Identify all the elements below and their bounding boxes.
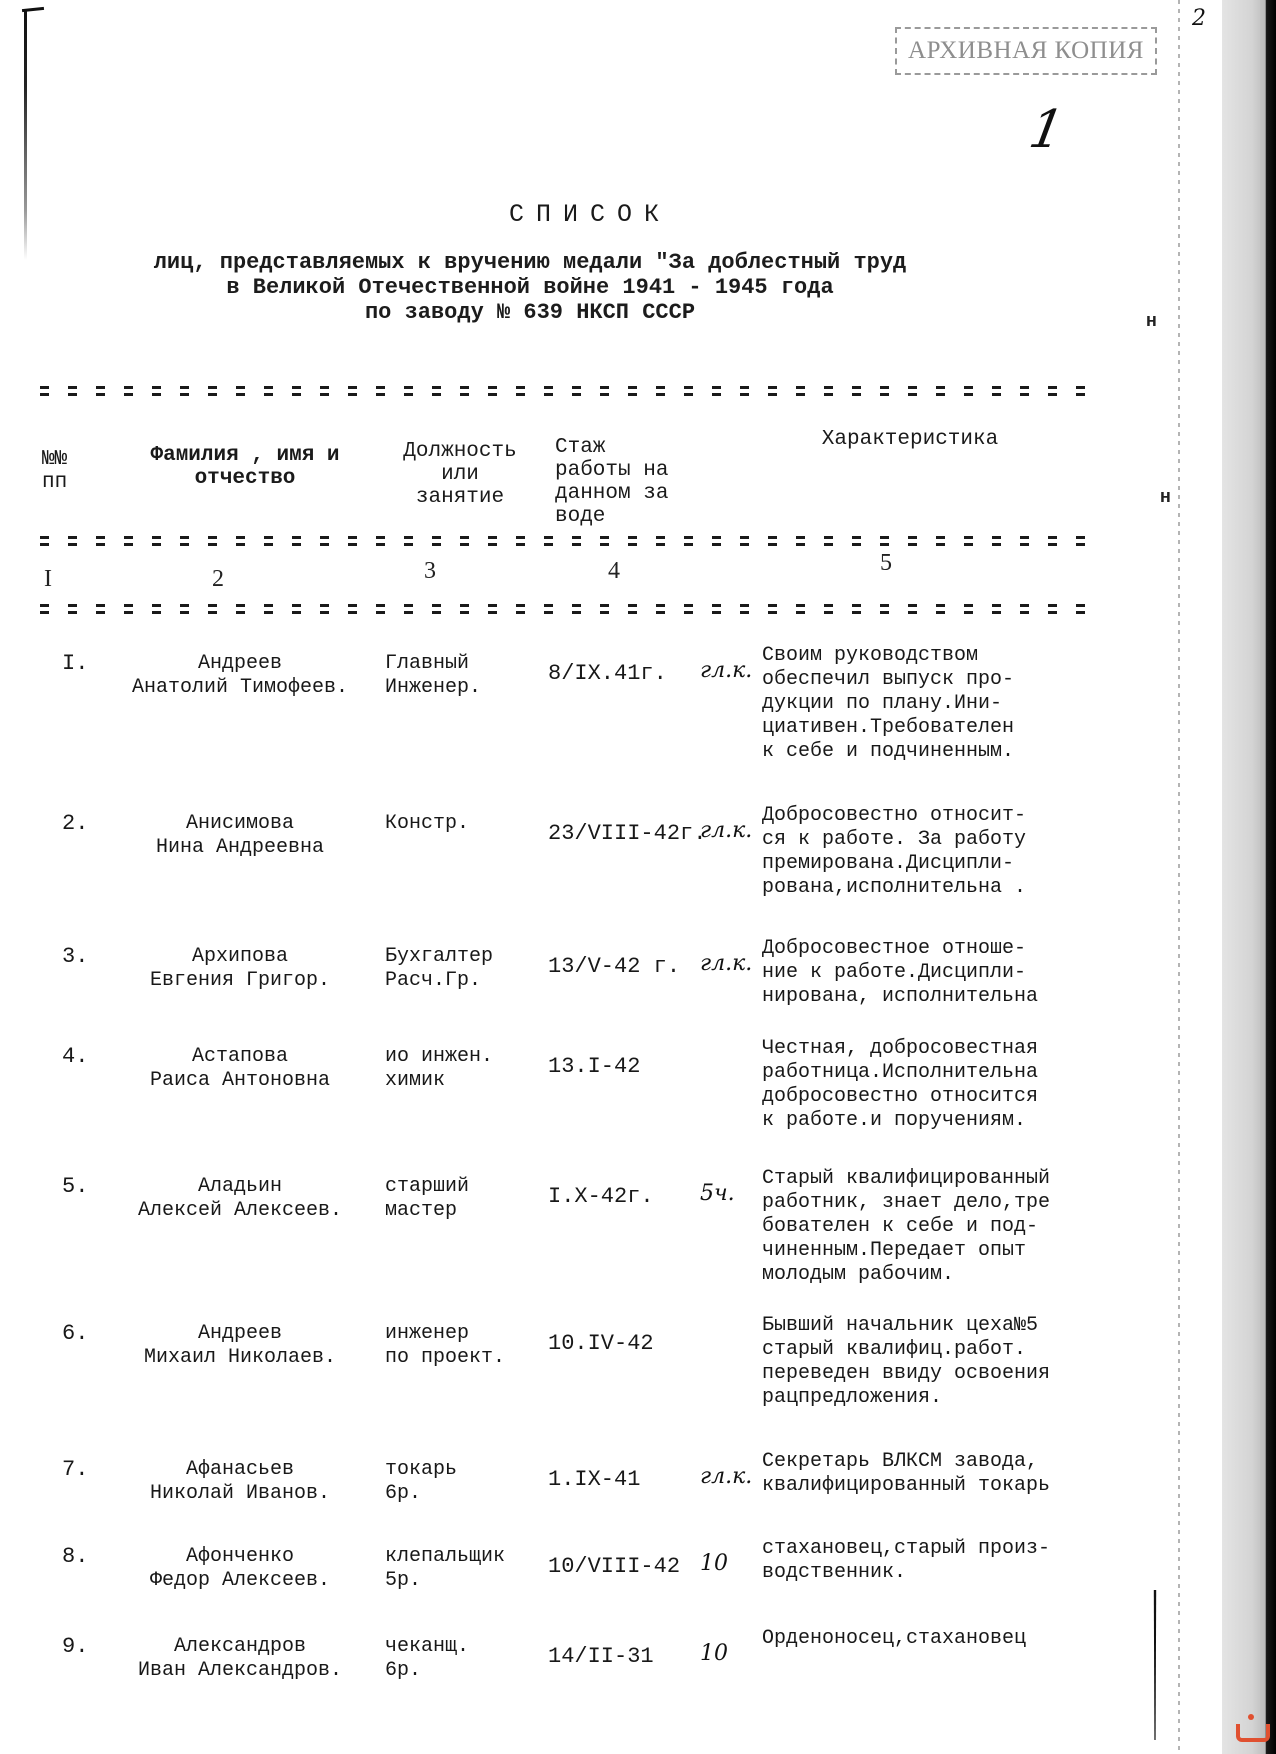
position: Главный Инженер. xyxy=(385,652,545,700)
position: Констр. xyxy=(385,812,545,836)
row-number: 7. xyxy=(62,1458,88,1482)
subtitle-line: в Великой Отечественной войне 1941 - 194… xyxy=(80,275,980,300)
watermark-logo-icon xyxy=(1236,1724,1270,1742)
header-position: Должность или занятие xyxy=(380,440,540,509)
person-name: Архипова Евгения Григор. xyxy=(110,945,370,993)
position: Бухгалтер Расч.Гр. xyxy=(385,945,545,993)
handwritten-note: гл.к. xyxy=(700,658,752,683)
row-number: 5. xyxy=(62,1175,88,1199)
person-name: Александров Иван Александров. xyxy=(110,1635,370,1683)
position: инженер по проект. xyxy=(385,1322,545,1370)
person-name: Аладьин Алексей Алексеев. xyxy=(110,1175,370,1223)
document-subtitle: лиц, представляемых к вручению медали "З… xyxy=(80,250,980,325)
tenure-date: 1.IX-41 xyxy=(548,1468,640,1492)
person-name: Андреев Анатолий Тимофеев. xyxy=(110,652,370,700)
tenure-date: 13/V-42 г. xyxy=(548,955,680,979)
handwritten-note: 5ч. xyxy=(700,1181,735,1206)
column-number: 4 xyxy=(608,558,620,585)
tenure-date: 8/IX.41г. xyxy=(548,662,667,686)
fold-line xyxy=(1178,0,1180,1754)
separator-line xyxy=(40,386,1100,398)
header-tenure: Стаж работы на данном за воде xyxy=(555,436,705,528)
row-number: 3. xyxy=(62,945,88,969)
handwritten-note: 10 xyxy=(700,1551,728,1576)
handwritten-page-mark: 1 xyxy=(1025,100,1069,160)
characteristic: Честная, добросовестная работница.Исполн… xyxy=(762,1037,1142,1133)
person-name: Анисимова Нина Андреевна xyxy=(110,812,370,860)
tenure-date: 14/II-31 xyxy=(548,1645,654,1669)
header-number: №№ пп xyxy=(42,448,72,494)
tenure-date: 10.IV-42 xyxy=(548,1332,654,1356)
column-number: I xyxy=(44,566,52,593)
archive-copy-stamp: АРХИВНАЯ КОПИЯ xyxy=(895,27,1157,75)
document-title: СПИСОК xyxy=(0,200,1180,229)
row-number: 2. xyxy=(62,812,88,836)
column-number: 5 xyxy=(880,550,892,577)
handwritten-note: 10 xyxy=(700,1641,728,1666)
tenure-date: 23/VIII-42г. xyxy=(548,822,706,846)
person-name: Афонченко Федор Алексеев. xyxy=(110,1545,370,1593)
position: ио инжен. химик xyxy=(385,1045,545,1093)
characteristic: Секретарь ВЛКСМ завода, квалифицированны… xyxy=(762,1450,1142,1498)
tenure-date: I.X-42г. xyxy=(548,1185,654,1209)
ink-mark xyxy=(1152,1590,1158,1740)
header-name: Фамилия , имя и отчество xyxy=(120,444,370,490)
characteristic: стахановец,старый произ- водственник. xyxy=(762,1537,1142,1585)
position: токарь 6р. xyxy=(385,1458,545,1506)
characteristic: Бывший начальник цеха№5 старый квалифиц.… xyxy=(762,1314,1142,1410)
tenure-date: 13.I-42 xyxy=(548,1055,640,1079)
handwritten-note: гл.к. xyxy=(700,1464,752,1489)
characteristic: Добросовестное отноше- ние к работе.Дисц… xyxy=(762,937,1142,1009)
position: клепальщик 5р. xyxy=(385,1545,545,1593)
subtitle-line: по заводу № 639 НКСП СССР xyxy=(80,300,980,325)
sheet-number: 2 xyxy=(1192,6,1206,31)
separator-line xyxy=(40,604,1100,616)
header-characteristic: Характеристика xyxy=(790,428,1030,451)
position: чеканщ. 6р. xyxy=(385,1635,545,1683)
handwritten-note: гл.к. xyxy=(700,951,752,976)
scanner-edge xyxy=(1222,0,1276,1754)
characteristic: Орденоносец,стахановец xyxy=(762,1627,1142,1651)
row-number: 8. xyxy=(62,1545,88,1569)
position: старший мастер xyxy=(385,1175,545,1223)
separator-line xyxy=(40,536,1100,548)
row-number: 6. xyxy=(62,1322,88,1346)
column-number: 2 xyxy=(212,566,224,593)
column-number: 3 xyxy=(424,558,436,585)
characteristic: Своим руководством обеспечил выпуск про-… xyxy=(762,644,1142,764)
characteristic: Старый квалифицированный работник, знает… xyxy=(762,1167,1142,1287)
tenure-date: 10/VIII-42 xyxy=(548,1555,680,1579)
subtitle-line: лиц, представляемых к вручению медали "З… xyxy=(80,250,980,275)
row-number: I. xyxy=(62,652,88,676)
person-name: Андреев Михаил Николаев. xyxy=(110,1322,370,1370)
person-name: Астапова Раиса Антоновна xyxy=(110,1045,370,1093)
handwritten-note: гл.к. xyxy=(700,818,752,843)
margin-letter: н xyxy=(1146,312,1157,332)
margin-letter: н xyxy=(1160,488,1171,508)
row-number: 4. xyxy=(62,1045,88,1069)
row-number: 9. xyxy=(62,1635,88,1659)
person-name: Афанасьев Николай Иванов. xyxy=(110,1458,370,1506)
characteristic: Добросовестно относит- ся к работе. За р… xyxy=(762,804,1142,900)
